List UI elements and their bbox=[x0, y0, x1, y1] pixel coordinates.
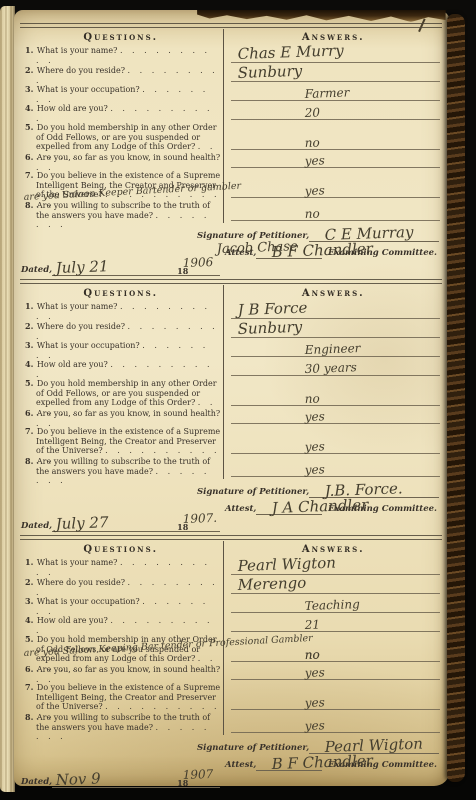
answer-cell-age: 21 bbox=[223, 615, 443, 634]
answer-cell-membership: no bbox=[223, 378, 443, 408]
question-number: 8. bbox=[25, 712, 33, 722]
ledger-photo: Questions. Answers. 1. What is your name… bbox=[0, 0, 476, 800]
question-4-age: 4. How old are you? . . . . . . . . . . bbox=[19, 359, 223, 379]
questions-column-header: Questions. bbox=[19, 544, 223, 555]
answer-cell-name: J B Force bbox=[223, 301, 443, 321]
question-number: 1. bbox=[25, 557, 33, 567]
answer-cell-age: 20 bbox=[223, 103, 443, 122]
year-line: 1907 18 bbox=[174, 770, 220, 788]
question-text: What is your name? bbox=[37, 558, 118, 567]
question-3-occupation: 3. What is your occupation? . . . . . . … bbox=[19, 596, 223, 616]
signature-line: J.B. Force. bbox=[309, 480, 439, 498]
handwritten-note-answer: no bbox=[304, 647, 319, 662]
book-fore-edge bbox=[447, 14, 465, 782]
question-number: 6. bbox=[25, 152, 33, 162]
handwritten-name: J B Force bbox=[237, 299, 307, 319]
question-2-residence: 2. Where do you reside? . . . . . . . . … bbox=[19, 65, 223, 85]
question-text: What is your occupation? bbox=[37, 597, 140, 606]
question-text: What is your occupation? bbox=[37, 341, 140, 350]
year-line: 1907. 18 bbox=[174, 514, 220, 532]
question-number: 4. bbox=[25, 359, 33, 369]
handwritten-name: Pearl Wigton bbox=[237, 554, 336, 575]
question-number: 7. bbox=[25, 426, 33, 436]
handwritten-residence: Sunbury bbox=[237, 318, 302, 338]
question-number: 5. bbox=[25, 378, 33, 388]
handwritten-year: 1907. bbox=[183, 511, 218, 526]
questions-column-header: Questions. bbox=[19, 32, 223, 43]
answer-cell-membership: no bbox=[223, 122, 443, 152]
handwritten-health-answer: yes bbox=[304, 153, 325, 168]
handwritten-age: 20 bbox=[304, 105, 320, 120]
handwritten-membership-answer: no bbox=[304, 135, 319, 150]
answer-cell-subscribe: yes bbox=[223, 712, 443, 735]
question-number: 8. bbox=[25, 456, 33, 466]
question-number: 6. bbox=[25, 664, 33, 674]
questions-column-header: Questions. bbox=[19, 288, 223, 299]
question-2-residence: 2. Where do you reside? . . . . . . . . … bbox=[19, 321, 223, 341]
handwritten-date: July 21 bbox=[55, 257, 108, 277]
date-line: July 21 bbox=[52, 258, 174, 276]
question-1-name: 1. What is your name? . . . . . . . . . … bbox=[19, 45, 223, 65]
answer-cell-occupation: Farmer bbox=[223, 84, 443, 103]
question-number: 7. bbox=[25, 682, 33, 692]
dated-row: Dated, July 27 1907. 18 bbox=[21, 515, 439, 532]
handwritten-occupation: Teaching bbox=[304, 597, 359, 613]
handwritten-membership-answer: no bbox=[304, 391, 319, 406]
question-text: How old are you? bbox=[37, 616, 108, 625]
attest-line: J A Chandler bbox=[256, 497, 322, 515]
answer-cell-occupation: Engineer bbox=[223, 340, 443, 359]
petition-form-section: Questions. Answers. 1. What is your name… bbox=[19, 23, 443, 279]
question-number: 2. bbox=[25, 321, 33, 331]
question-text: Are you, so far as you know, in sound he… bbox=[37, 409, 220, 418]
handwritten-attest-signature: J A Chandler bbox=[272, 496, 369, 517]
signature-block: Signature of Petitioner, C E Murray Atte… bbox=[19, 223, 443, 279]
question-text: How old are you? bbox=[37, 104, 108, 113]
year-line: 1906 18 bbox=[174, 258, 220, 276]
question-6-health: 6. Are you, so far as you know, in sound… bbox=[19, 152, 223, 172]
question-text: What is your occupation? bbox=[37, 85, 140, 94]
dated-label: Dated, bbox=[21, 265, 52, 276]
ledger-page: Questions. Answers. 1. What is your name… bbox=[14, 10, 450, 786]
question-number: 7. bbox=[25, 170, 33, 180]
questions-answers-grid: Questions. Answers. 1. What is your name… bbox=[19, 285, 443, 479]
forms-container: Questions. Answers. 1. What is your name… bbox=[19, 23, 443, 780]
question-text: Are you, so far as you know, in sound he… bbox=[37, 665, 220, 674]
petition-form-section: Questions. Answers. 1. What is your name… bbox=[19, 535, 443, 791]
answer-cell-health: yes bbox=[223, 664, 443, 682]
handwritten-date: Nov 9 bbox=[55, 769, 101, 789]
handwritten-date: July 27 bbox=[55, 513, 108, 533]
question-number: 3. bbox=[25, 84, 33, 94]
attest-row: Attest, B F Chandler Examining Committee… bbox=[225, 754, 439, 771]
question-4-age: 4. How old are you? . . . . . . . . . . bbox=[19, 103, 223, 123]
petition-form-section: Questions. Answers. 1. What is your name… bbox=[19, 279, 443, 535]
handwritten-age: 30 years bbox=[304, 360, 356, 376]
answer-cell-residence: Sunbury bbox=[223, 321, 443, 340]
question-text: Where do you reside? bbox=[37, 578, 125, 587]
question-text: What is your name? bbox=[37, 302, 118, 311]
date-line: Nov 9 bbox=[52, 770, 174, 788]
attest-row: Attest, J A Chandler Examining Committee… bbox=[225, 498, 439, 515]
answer-cell-age: 30 years bbox=[223, 359, 443, 378]
handwritten-health-answer: yes bbox=[304, 409, 325, 424]
answer-cell-belief: yes bbox=[223, 426, 443, 456]
question-number: 2. bbox=[25, 577, 33, 587]
dated-row: Dated, Nov 9 1907 18 bbox=[21, 771, 439, 788]
handwritten-year: 1906 bbox=[183, 255, 214, 270]
answer-cell-occupation: Teaching bbox=[223, 596, 443, 615]
signature-line: C E Murray bbox=[309, 224, 439, 242]
answer-cell-name: Pearl Wigton bbox=[223, 557, 443, 577]
question-number: 6. bbox=[25, 408, 33, 418]
signature-line: Pearl Wigton bbox=[309, 736, 439, 754]
question-number: 2. bbox=[25, 65, 33, 75]
question-6-health: 6. Are you, so far as you know, in sound… bbox=[19, 408, 223, 428]
attest-label: Attest, bbox=[225, 760, 256, 771]
attest-line: B F Chandler bbox=[256, 753, 322, 771]
signature-row: Signature of Petitioner, J.B. Force. bbox=[197, 481, 439, 498]
handwritten-residence: Sunbury bbox=[237, 62, 302, 82]
question-number: 4. bbox=[25, 103, 33, 113]
question-text: Where do you reside? bbox=[37, 322, 125, 331]
section-top-rule bbox=[20, 279, 442, 284]
adjacent-page-edge bbox=[0, 6, 15, 792]
handwritten-belief-answer: yes bbox=[304, 695, 325, 710]
handwritten-health-answer: yes bbox=[304, 665, 325, 680]
answer-cell-subscribe: no bbox=[223, 200, 443, 223]
question-text: Do you hold membership in any other Orde… bbox=[36, 123, 217, 151]
handwritten-name: Chas E Murry bbox=[237, 41, 344, 63]
question-3-occupation: 3. What is your occupation? . . . . . . … bbox=[19, 340, 223, 360]
attest-label: Attest, bbox=[225, 504, 256, 515]
section-top-rule bbox=[20, 535, 442, 540]
question-2-residence: 2. Where do you reside? . . . . . . . . … bbox=[19, 577, 223, 597]
question-number: 5. bbox=[25, 634, 33, 644]
question-number: 1. bbox=[25, 301, 33, 311]
signature-row: Signature of Petitioner, C E Murray bbox=[197, 225, 439, 242]
handwritten-subscribe-answer: no bbox=[304, 206, 319, 221]
question-3-occupation: 3. What is your occupation? . . . . . . … bbox=[19, 84, 223, 104]
signature-row: Signature of Petitioner, Pearl Wigton bbox=[197, 737, 439, 754]
dated-row: Dated, July 21 1906 18 bbox=[21, 259, 439, 276]
handwritten-belief-answer: yes bbox=[304, 183, 325, 198]
date-line: July 27 bbox=[52, 514, 174, 532]
answers-column-header: Answers. bbox=[223, 285, 443, 301]
question-number: 3. bbox=[25, 340, 33, 350]
question-text: What is your name? bbox=[37, 46, 118, 55]
handwritten-extra-name: Jacob Chase bbox=[216, 239, 297, 257]
answer-cell-belief: yes bbox=[223, 170, 443, 200]
handwritten-age: 21 bbox=[304, 617, 320, 632]
question-number: 1. bbox=[25, 45, 33, 55]
answer-cell-residence: Merengo bbox=[223, 577, 443, 596]
question-text: Where do you reside? bbox=[37, 66, 125, 75]
answer-cell-health: yes bbox=[223, 152, 443, 170]
answer-cell-subscribe: yes bbox=[223, 456, 443, 479]
answer-cell-name: Chas E Murry bbox=[223, 45, 443, 65]
dated-label: Dated, bbox=[21, 777, 52, 788]
question-number: 3. bbox=[25, 596, 33, 606]
answer-cell-health: yes bbox=[223, 408, 443, 426]
answer-cell-belief: yes bbox=[223, 682, 443, 712]
question-text: Do you hold membership in any other Orde… bbox=[36, 379, 217, 407]
question-text: Are you, so far as you know, in sound he… bbox=[37, 153, 220, 162]
question-number: 4. bbox=[25, 615, 33, 625]
handwritten-occupation: Engineer bbox=[304, 341, 360, 357]
question-1-name: 1. What is your name? . . . . . . . . . … bbox=[19, 301, 223, 321]
handwritten-occupation: Farmer bbox=[304, 85, 349, 101]
dated-label: Dated, bbox=[21, 521, 52, 532]
handwritten-subscribe-answer: yes bbox=[304, 462, 325, 477]
handwritten-subscribe-answer: yes bbox=[304, 718, 325, 733]
question-4-age: 4. How old are you? . . . . . . . . . . bbox=[19, 615, 223, 635]
signature-block: Signature of Petitioner, J.B. Force. Att… bbox=[19, 479, 443, 535]
handwritten-attest-signature: B F Chandler bbox=[272, 751, 374, 773]
question-6-health: 6. Are you, so far as you know, in sound… bbox=[19, 664, 223, 684]
handwritten-year: 1907 bbox=[183, 767, 214, 782]
answer-cell-residence: Sunbury bbox=[223, 65, 443, 84]
handwritten-residence: Merengo bbox=[237, 574, 306, 594]
handwritten-belief-answer: yes bbox=[304, 439, 325, 454]
question-text: How old are you? bbox=[37, 360, 108, 369]
signature-block: Signature of Petitioner, Pearl Wigton At… bbox=[19, 735, 443, 791]
section-top-rule bbox=[20, 23, 442, 28]
question-1-name: 1. What is your name? . . . . . . . . . … bbox=[19, 557, 223, 577]
question-number: 5. bbox=[25, 122, 33, 132]
